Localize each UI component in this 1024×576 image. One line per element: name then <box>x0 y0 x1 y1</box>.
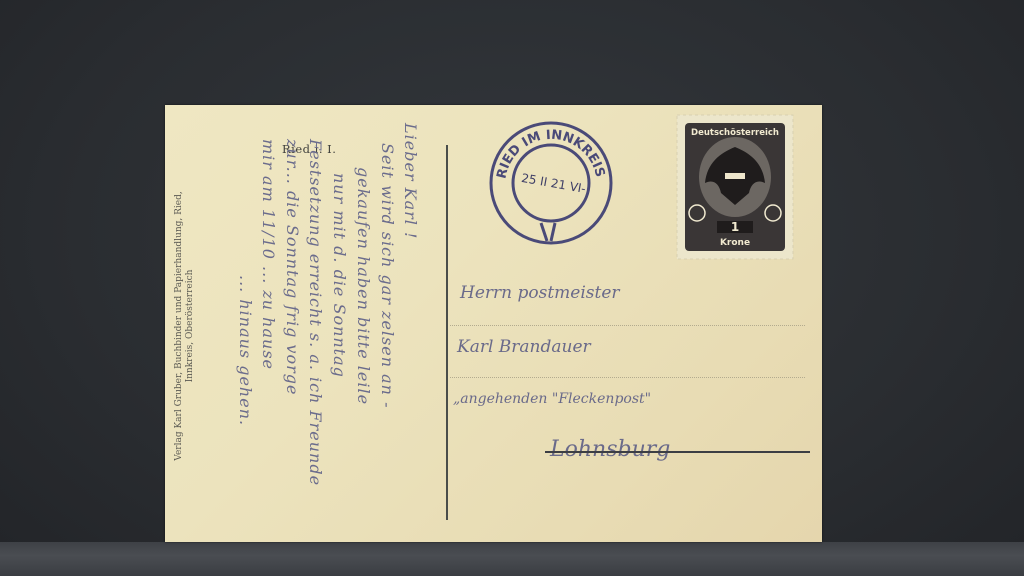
publisher-line-1: Verlag Karl Gruber, Buchbinder und Papie… <box>174 156 185 496</box>
publisher-imprint: Verlag Karl Gruber, Buchbinder und Papie… <box>174 156 196 496</box>
message-line: mir am 11/10 ... zu hause <box>259 139 278 370</box>
publisher-line-2: Innkreis, Oberösterreich <box>185 156 196 496</box>
stamp-eagle-icon: 1 Krone Deutschösterreich <box>675 113 795 261</box>
message-line: nur mit d. die Sonntag <box>330 173 349 378</box>
message-line: gekaufen haben bitte leile <box>354 167 373 405</box>
postcard: Verlag Karl Gruber, Buchbinder und Papie… <box>165 105 822 542</box>
address-city: Lohnsburg <box>550 437 670 462</box>
message-line: Festsetzung erreicht s. a. ich Freunde <box>306 139 325 486</box>
address-dotted-line <box>450 377 805 378</box>
message-line: Lieber Karl ! <box>401 123 420 239</box>
address-line-2: Karl Brandauer <box>457 337 591 357</box>
postage-stamp: 1 Krone Deutschösterreich <box>675 113 795 261</box>
city-underline <box>545 451 810 453</box>
display-shelf <box>0 542 1024 576</box>
address-line-1: Herrn postmeister <box>460 283 620 303</box>
svg-text:RIED IM INNKREIS: RIED IM INNKREIS <box>494 128 607 180</box>
center-divider <box>446 145 448 520</box>
postmark-cancel-icon: RIED IM INNKREIS 25 II 21 VI- <box>485 115 617 247</box>
svg-text:25 II 21 VI-: 25 II 21 VI- <box>520 171 587 196</box>
svg-text:Deutschösterreich: Deutschösterreich <box>691 128 779 138</box>
address-dotted-line <box>450 325 805 326</box>
svg-text:Krone: Krone <box>720 238 750 248</box>
message-line: Seit wird sich gar zelsen an - <box>378 143 397 408</box>
message-line: ... hinaus gehen. <box>236 275 255 426</box>
svg-text:1: 1 <box>731 220 739 234</box>
address-line-3: „angehenden "Fleckenpost" <box>453 391 651 407</box>
message-line: zur... die Sonntag frig vorge <box>283 139 302 395</box>
